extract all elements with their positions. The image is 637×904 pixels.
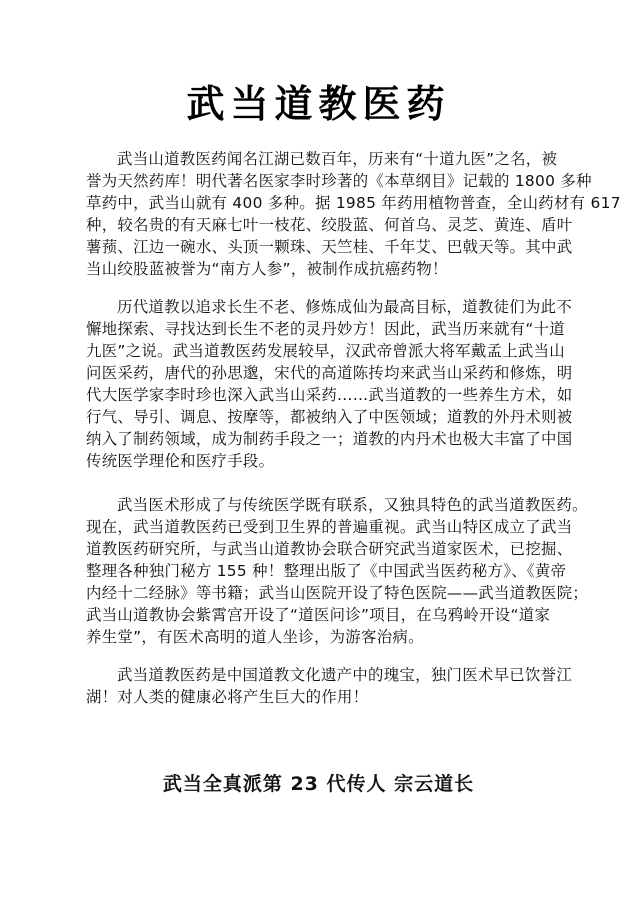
paragraph-2: 历代道教以追求长生不老、修炼成仙为最高目标，道教徒们为此不 懈地探索、寻找达到长…: [86, 296, 561, 472]
text-line: 懈地探索、寻找达到长生不老的灵丹妙方！因此，武当历来就有“十道: [86, 318, 561, 340]
text-line: 武当医术形成了与传统医学既有联系，又独具特色的武当道教医药。: [86, 494, 561, 516]
text-line: 武当山道教协会紫霄宫开设了“道医问诊”项目，在乌鸦岭开设“道家: [86, 604, 561, 626]
text-line: 问医采药，唐代的孙思邈，宋代的高道陈抟均来武当山采药和修炼，明: [86, 362, 561, 384]
paragraph-4: 武当道教医药是中国道教文化遗产中的瑰宝，独门医术早已饮誉江 湖！对人类的健康必将…: [86, 664, 561, 708]
text-line: 行气、导引、调息、按摩等，都被纳入了中医领域；道教的外丹术则被: [86, 406, 561, 428]
paragraph-1: 武当山道教医药闻名江湖已数百年，历来有“十道九医”之名，被 誉为天然药库！明代著…: [86, 148, 561, 280]
text-line: 纳入了制药领域，成为制药手段之一；道教的内丹术也极大丰富了中国: [86, 428, 561, 450]
text-line: 湖！对人类的健康必将产生巨大的作用！: [86, 686, 561, 708]
text-line: 现在，武当道教医药已受到卫生界的普遍重视。武当山特区成立了武当: [86, 516, 561, 538]
text-line: 草药中，武当山就有 400 多种。据 1985 年药用植物普查，全山药材有 61…: [86, 192, 561, 214]
text-line: 代大医学家李时珍也深入武当山采药……武当道教的一些养生方术，如: [86, 384, 561, 406]
text-line: 武当山道教医药闻名江湖已数百年，历来有“十道九医”之名，被: [86, 148, 561, 170]
document-title: 武当道教医药: [0, 80, 637, 128]
text-line: 内经十二经脉》等书籍；武当山医院开设了特色医院——武当道教医院；: [86, 582, 561, 604]
paragraph-3: 武当医术形成了与传统医学既有联系，又独具特色的武当道教医药。 现在，武当道教医药…: [86, 494, 561, 648]
text-line: 历代道教以追求长生不老、修炼成仙为最高目标，道教徒们为此不: [86, 296, 561, 318]
text-line: 薯蓣、江边一碗水、头顶一颗珠、天竺桂、千年艾、巴戟天等。其中武: [86, 236, 561, 258]
text-line: 传统医学理伦和医疗手段。: [86, 450, 561, 472]
text-line: 武当道教医药是中国道教文化遗产中的瑰宝，独门医术早已饮誉江: [86, 664, 561, 686]
signature: 武当全真派第 23 代传人 宗云道长: [0, 770, 637, 798]
text-line: 养生堂”，有医术高明的道人坐诊，为游客治病。: [86, 626, 561, 648]
text-line: 当山绞股蓝被誉为“南方人参”，被制作成抗癌药物！: [86, 258, 561, 280]
text-line: 九医”之说。武当道教医药发展较早，汉武帝曾派大将军戴孟上武当山: [86, 340, 561, 362]
text-line: 道教医药研究所，与武当山道教协会联合研究武当道家医术，已挖掘、: [86, 538, 561, 560]
text-line: 种，较名贵的有天麻七叶一枝花、绞股蓝、何首乌、灵芝、黄连、盾叶: [86, 214, 561, 236]
text-line: 整理各种独门秘方 155 种！整理出版了《中国武当医药秘方》、《黄帝: [86, 560, 561, 582]
text-line: 誉为天然药库！明代著名医家李时珍著的《本草纲目》记载的 1800 多种: [86, 170, 561, 192]
